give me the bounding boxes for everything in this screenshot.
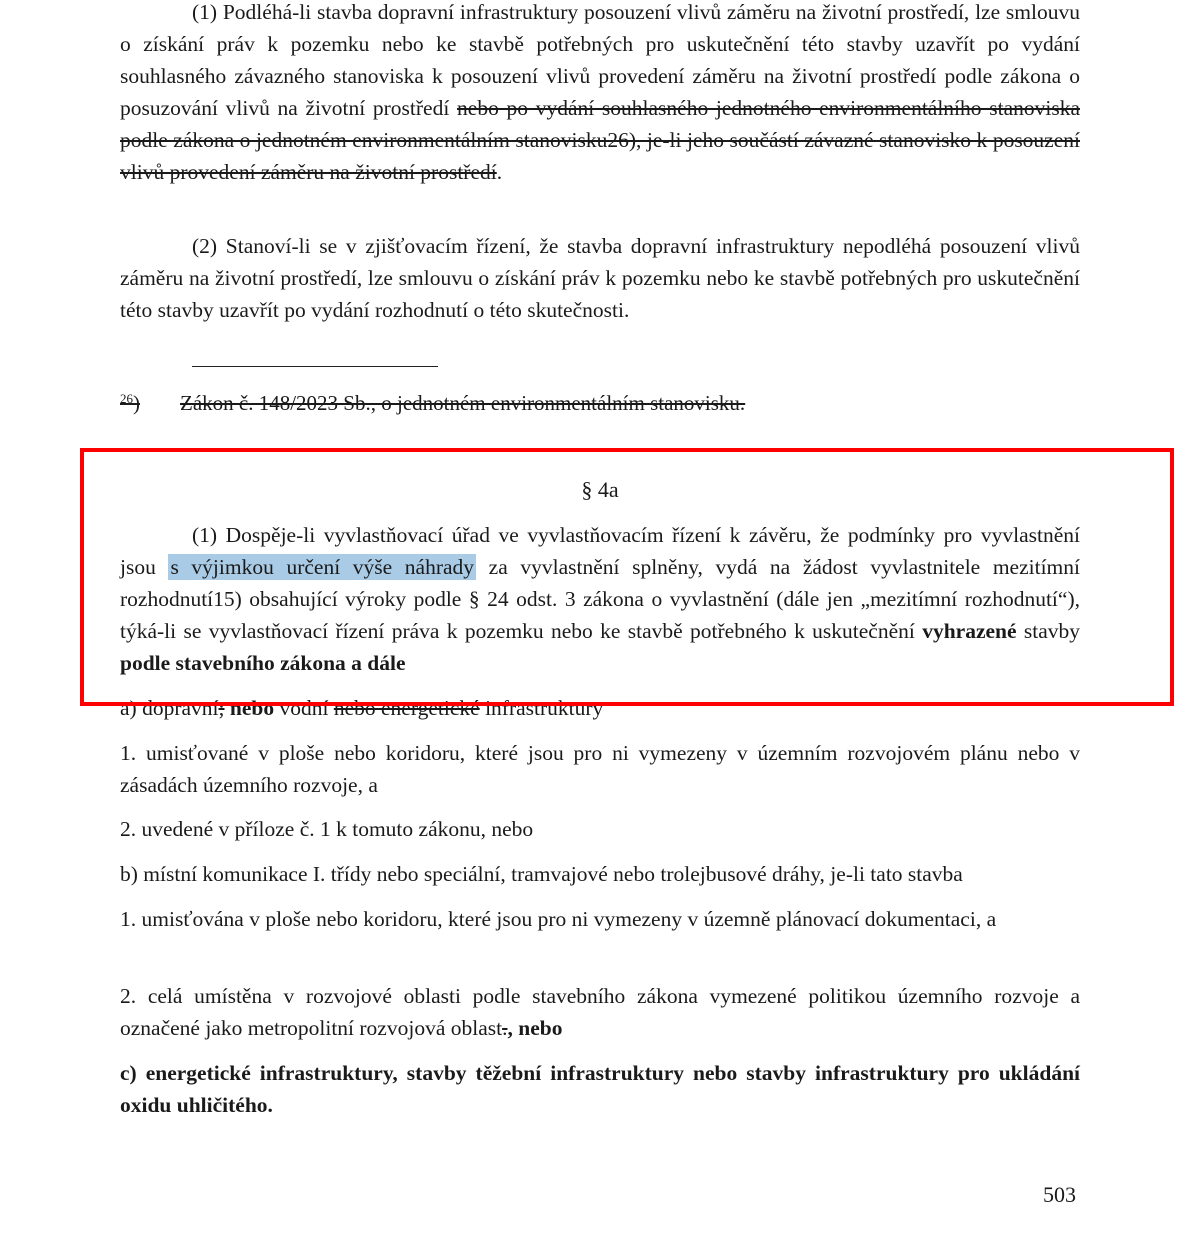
item-a-suffix: infrastruktury <box>485 696 603 720</box>
footnote-text: Zákon č. 148/2023 Sb., o jednotném envir… <box>180 391 745 415</box>
item-c: c) energetické infrastruktury, stavby tě… <box>120 1057 1080 1121</box>
footnote: 26)Zákon č. 148/2023 Sb., o jednotném en… <box>120 384 745 418</box>
item-b1: 1. umisťována v ploše nebo koridoru, kte… <box>120 903 1080 935</box>
paragraph-2: (2) Stanoví-li se v zjišťovacím řízení, … <box>120 230 1080 326</box>
bold-building-law: podle stavebního zákona a dále <box>120 651 406 675</box>
item-a-mid: vodní <box>279 696 328 720</box>
item-a2: 2. uvedené v příloze č. 1 k tomuto zákon… <box>120 813 1080 845</box>
deleted-semicolon: ; <box>219 696 225 720</box>
added-nebo-2: , nebo <box>507 1016 562 1040</box>
highlighted-text[interactable]: s výjimkou určení výše náhrady <box>168 554 476 580</box>
section-paragraph-1: (1) Dospěje-li vyvlastňovací úřad ve vyv… <box>120 519 1080 679</box>
item-a1: 1. umisťované v ploše nebo koridoru, kte… <box>120 737 1080 801</box>
section-title: § 4a <box>0 474 1200 506</box>
footnote-separator <box>192 366 438 367</box>
item-a-prefix: a) dopravní <box>120 696 219 720</box>
item-b: b) místní komunikace I. třídy nebo speci… <box>120 858 1080 890</box>
footnote-paren: ) <box>133 391 140 415</box>
item-b2-text: 2. celá umístěna v rozvojové oblasti pod… <box>120 984 1080 1040</box>
footnote-number: 26 <box>120 391 133 406</box>
paragraph-1-end: . <box>497 160 502 184</box>
item-a: a) dopravní; nebo vodní nebo energetické… <box>120 692 1080 724</box>
paragraph-1: (1) Podléhá-li stavba dopravní infrastru… <box>120 0 1080 188</box>
item-b2: 2. celá umístěna v rozvojové oblasti pod… <box>120 980 1080 1044</box>
deleted-energy: nebo energetické <box>334 696 480 720</box>
document-page: (1) Podléhá-li stavba dopravní infrastru… <box>0 0 1200 1254</box>
added-nebo: nebo <box>230 696 274 720</box>
page-number: 503 <box>1043 1180 1076 1210</box>
bold-reserved: vyhrazené <box>922 619 1016 643</box>
item-c-text: c) energetické infrastruktury, stavby tě… <box>120 1061 1080 1117</box>
section-text-c: stavby <box>1024 619 1080 643</box>
